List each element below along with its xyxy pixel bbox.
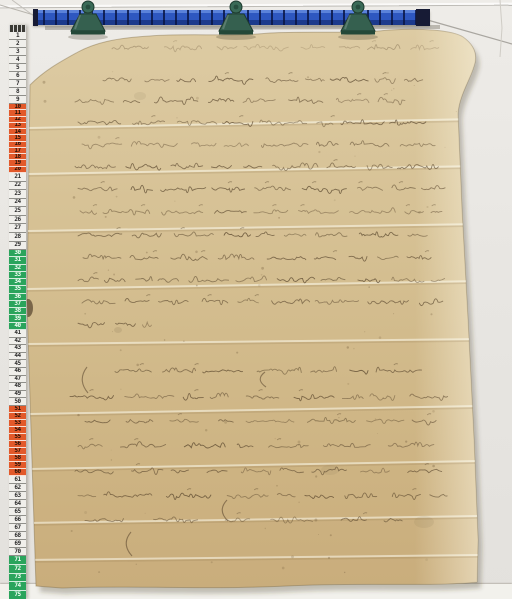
- binder-clip: [338, 1, 378, 40]
- clip-knob-center: [86, 5, 91, 10]
- clip-lip: [71, 31, 105, 35]
- clip-shadow: [216, 34, 256, 40]
- clip-knob-center: [356, 5, 361, 10]
- clip-shadow: [68, 34, 108, 40]
- binder-clip: [68, 1, 108, 40]
- clip-lip: [219, 31, 253, 35]
- clip-lip: [341, 31, 375, 35]
- photo-scene: 1234567891011121314151617181920212223242…: [0, 0, 512, 599]
- clip-shadow: [338, 34, 378, 40]
- clips-layer: [0, 0, 512, 599]
- clip-knob-center: [234, 5, 239, 10]
- binder-clip: [216, 1, 256, 40]
